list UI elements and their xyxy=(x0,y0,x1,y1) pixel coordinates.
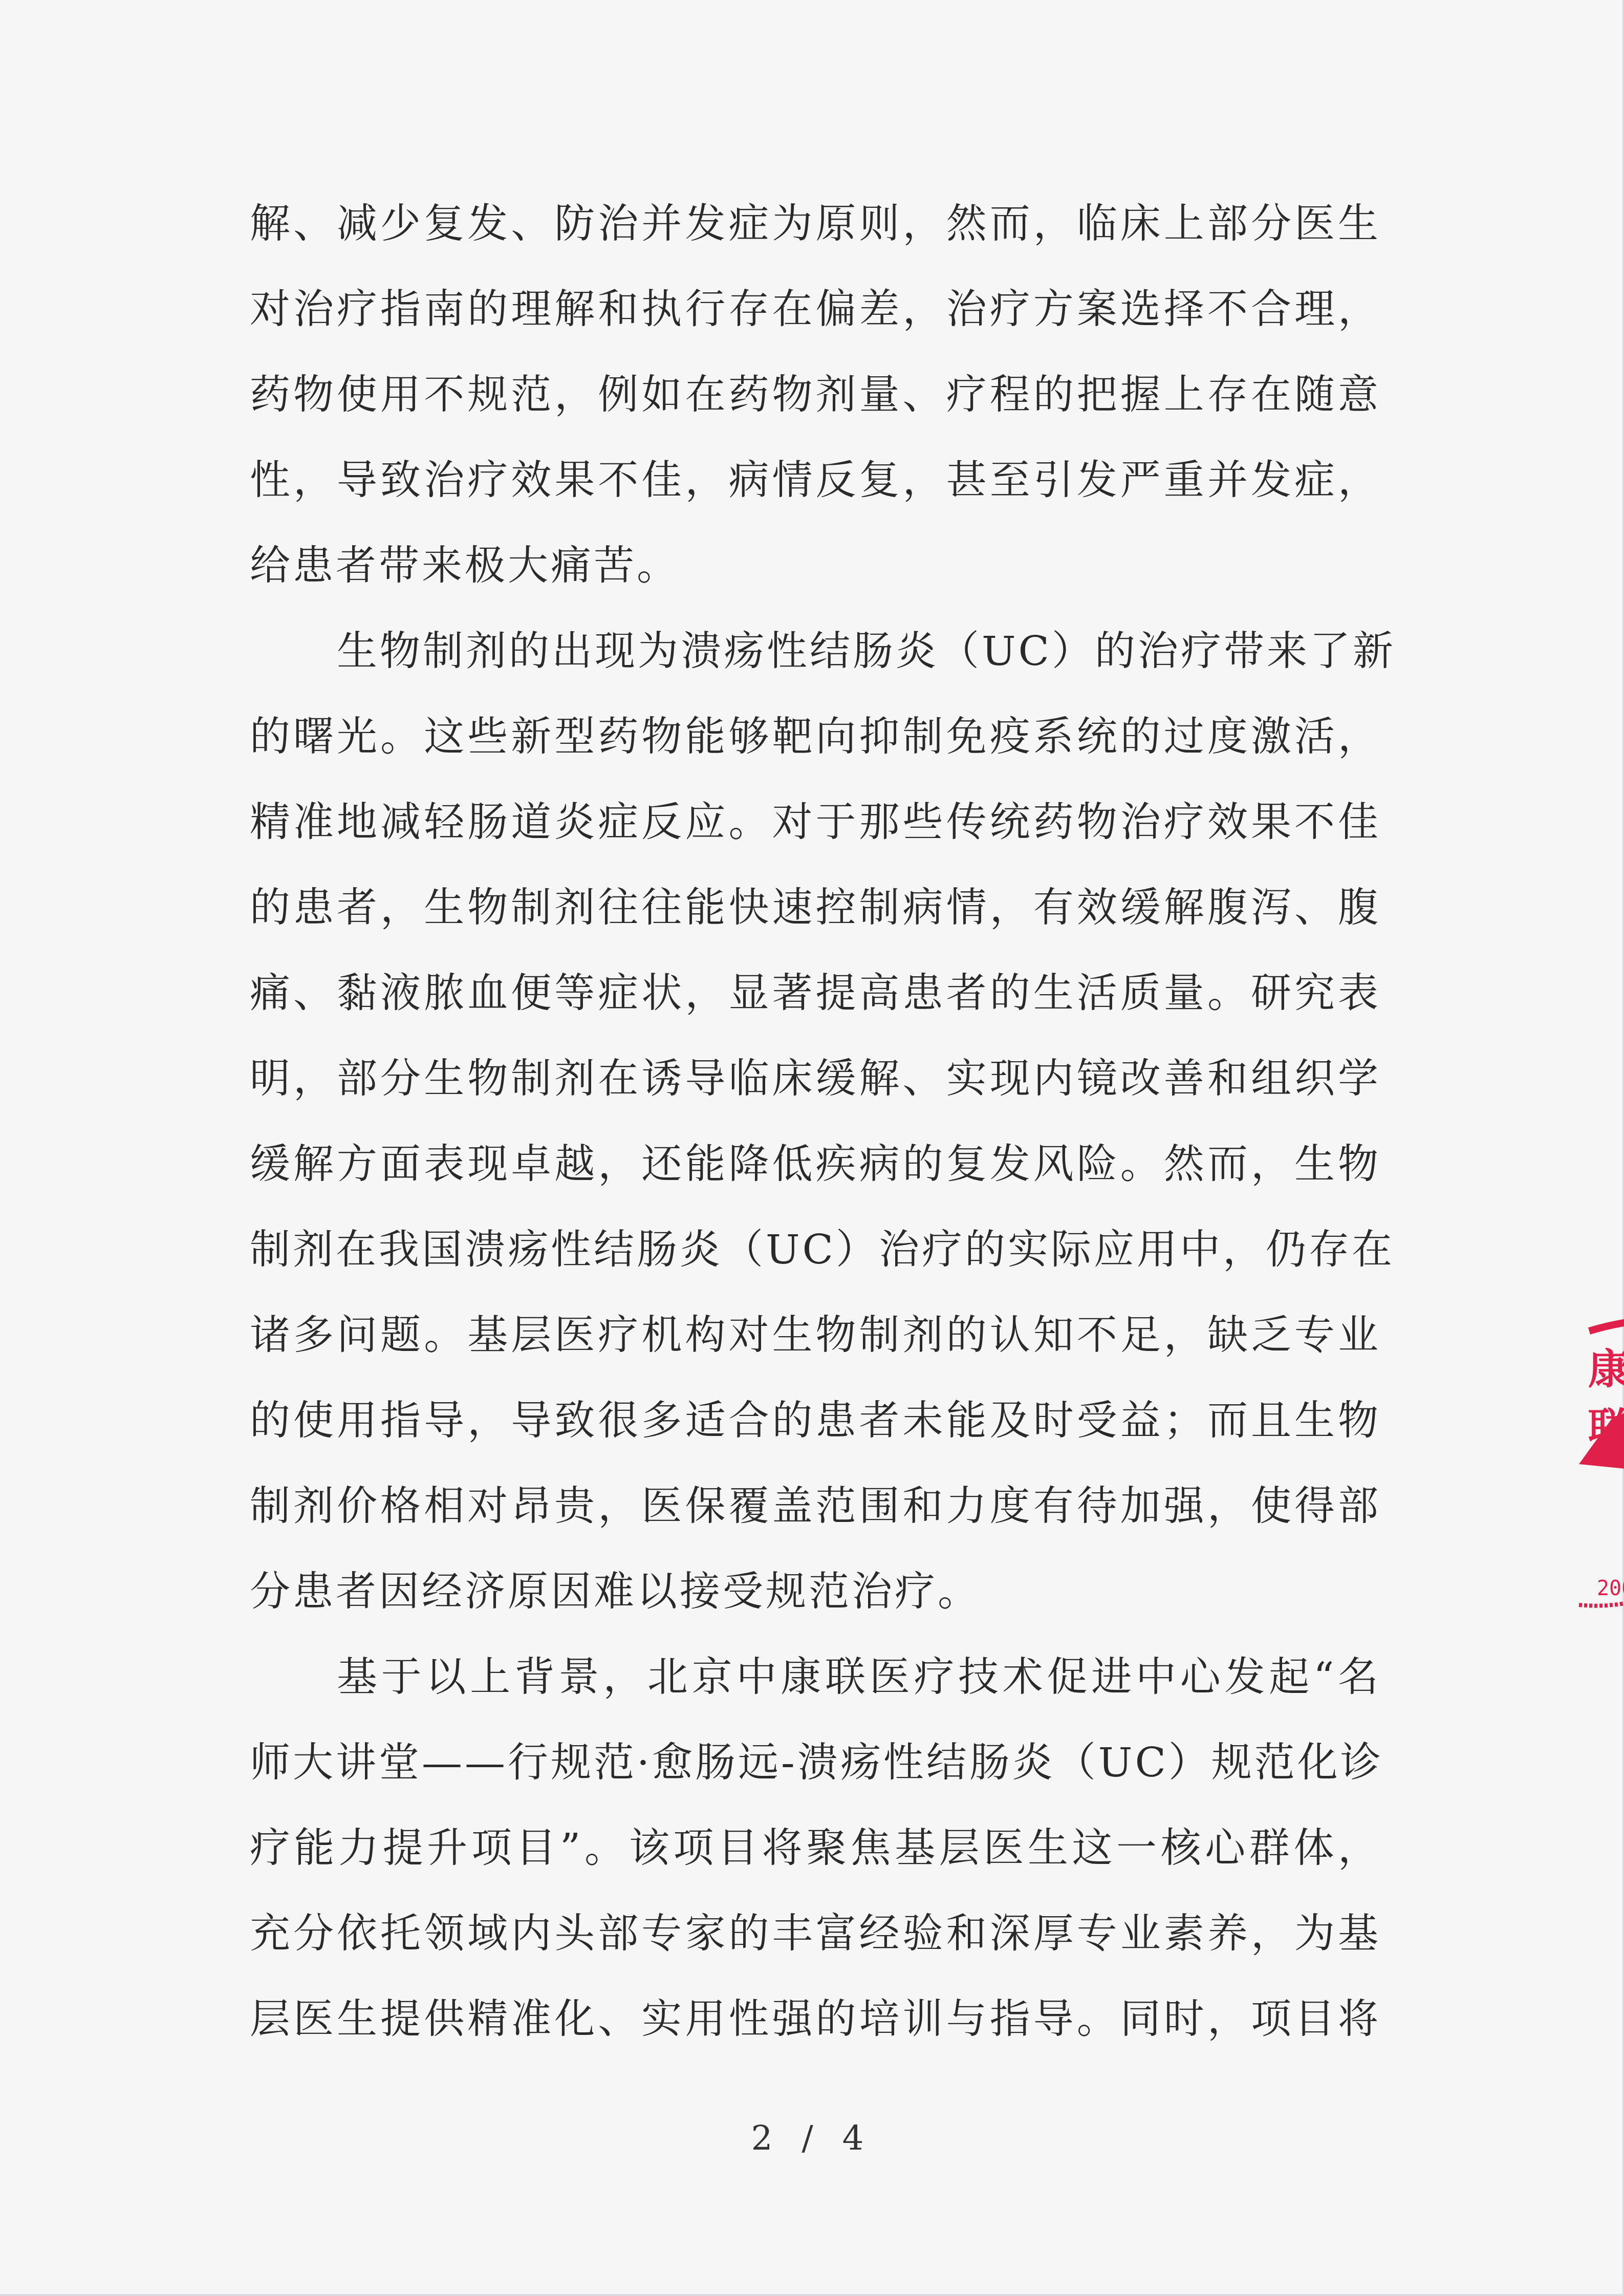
seal-text: 康联 xyxy=(1588,1336,1624,1454)
text-line: 师大讲堂——行规范·愈肠远-溃疡性结肠炎（UC）规范化诊 xyxy=(250,1728,1381,1814)
official-seal: 康联 2001 xyxy=(1558,1300,1624,1628)
text-line: 疗能力提升项目”。该项目将聚焦基层医生这一核心群体， xyxy=(250,1814,1381,1899)
text-line: 制剂在我国溃疡性结肠炎（UC）治疗的实际应用中，仍存在 xyxy=(250,1215,1381,1301)
text-line: 性，导致治疗效果不佳，病情反复，甚至引发严重并发症， xyxy=(250,446,1381,531)
paragraph-1: 解、减少复发、防治并发症为原则，然而，临床上部分医生 对治疗指南的理解和执行存在… xyxy=(250,189,1381,617)
text-line: 药物使用不规范，例如在药物剂量、疗程的把握上存在随意 xyxy=(250,360,1381,446)
text-line: 分患者因经济原因难以接受规范治疗。 xyxy=(250,1557,1381,1643)
page-number: 2 / 4 xyxy=(0,2118,1624,2158)
text-line: 基于以上背景，北京中康联医疗技术促进中心发起“名 xyxy=(250,1643,1381,1728)
text-line: 的曙光。这些新型药物能够靶向抑制免疫系统的过度激活， xyxy=(250,702,1381,788)
text-line: 层医生提供精准化、实用性强的培训与指导。同时，项目将 xyxy=(250,1985,1381,2070)
text-line: 的患者，生物制剂往往能快速控制病情，有效缓解腹泻、腹 xyxy=(250,873,1381,959)
text-line: 诸多问题。基层医疗机构对生物制剂的认知不足，缺乏专业 xyxy=(250,1301,1381,1386)
document-body: 解、减少复发、防治并发症为原则，然而，临床上部分医生 对治疗指南的理解和执行存在… xyxy=(250,189,1381,2070)
paragraph-3: 基于以上背景，北京中康联医疗技术促进中心发起“名 师大讲堂——行规范·愈肠远-溃… xyxy=(250,1643,1381,2070)
text-line: 的使用指导，导致很多适合的患者未能及时受益；而且生物 xyxy=(250,1386,1381,1472)
text-line: 给患者带来极大痛苦。 xyxy=(250,531,1381,617)
text-line: 制剂价格相对昂贵，医保覆盖范围和力度有待加强，使得部 xyxy=(250,1472,1381,1557)
text-line: 精准地减轻肠道炎症反应。对于那些传统药物治疗效果不佳 xyxy=(250,788,1381,873)
page-bottom-edge xyxy=(0,2294,1624,2296)
text-line: 生物制剂的出现为溃疡性结肠炎（UC）的治疗带来了新 xyxy=(250,617,1381,702)
text-line: 明，部分生物制剂在诱导临床缓解、实现内镜改善和组织学 xyxy=(250,1044,1381,1130)
text-line: 解、减少复发、防治并发症为原则，然而，临床上部分医生 xyxy=(250,189,1381,275)
text-line: 缓解方面表现卓越，还能降低疾病的复发风险。然而，生物 xyxy=(250,1130,1381,1215)
paragraph-2: 生物制剂的出现为溃疡性结肠炎（UC）的治疗带来了新 的曙光。这些新型药物能够靶向… xyxy=(250,617,1381,1643)
text-line: 对治疗指南的理解和执行存在偏差，治疗方案选择不合理， xyxy=(250,275,1381,360)
seal-digits: 2001 xyxy=(1597,1577,1624,1600)
text-line: 充分依托领域内头部专家的丰富经验和深厚专业素养，为基 xyxy=(250,1899,1381,1985)
text-line: 痛、黏液脓血便等症状，显著提高患者的生活质量。研究表 xyxy=(250,959,1381,1044)
